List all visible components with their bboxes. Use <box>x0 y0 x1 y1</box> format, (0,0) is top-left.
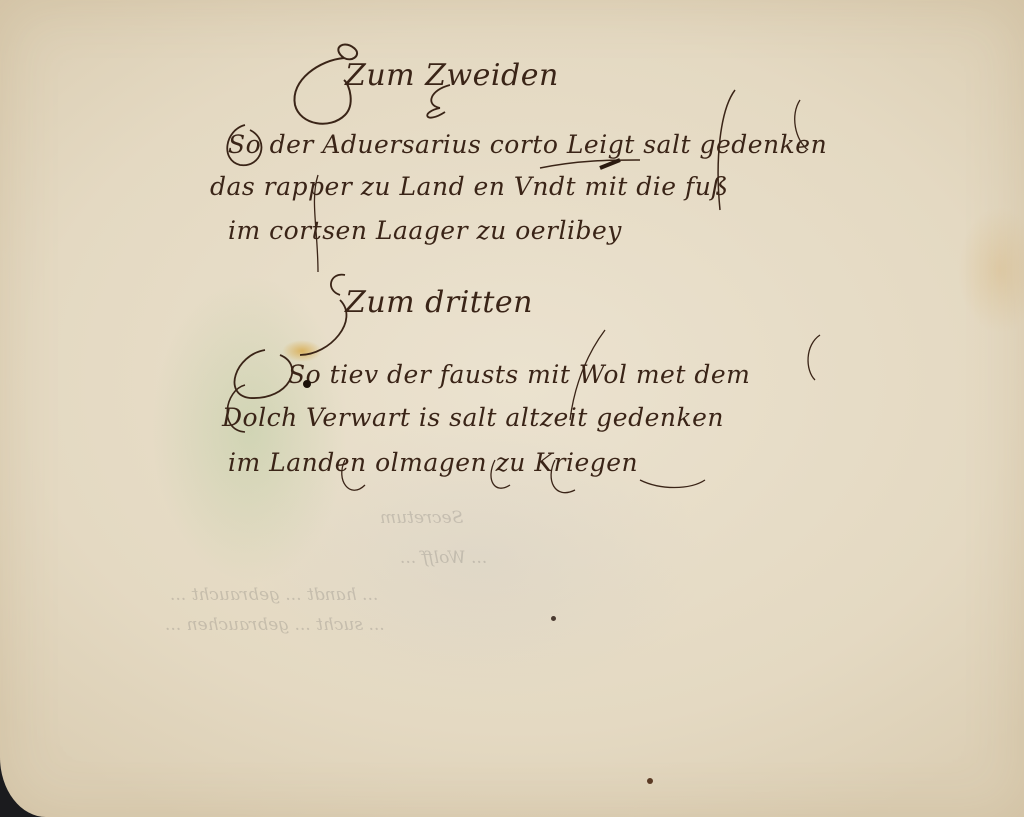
ink-spot <box>551 616 556 621</box>
ink-spot <box>647 778 653 784</box>
show-through-line: ... Wolff ... <box>400 548 487 568</box>
manuscript-page: Secretum ... Wolff ... ... handt ... geb… <box>0 0 1024 817</box>
section-heading: Zum Zweiden <box>345 58 559 93</box>
show-through-line: Secretum <box>380 508 463 528</box>
ochre-stain <box>282 340 322 362</box>
text-line: Dolch Verwart is salt altzeit gedenken <box>222 403 724 432</box>
show-through-line: ... handt ... gebraucht ... <box>170 585 378 605</box>
text-line: im Landen olmagen zu Kriegen <box>228 448 638 477</box>
show-through-line: ... sucht ... gebrauchen ... <box>165 615 385 635</box>
section-heading: Zum dritten <box>345 285 533 320</box>
text-line: So der Aduersarius corto Leigt salt gede… <box>228 130 827 159</box>
text-line: im cortsen Laager zu oerlibey <box>228 216 622 245</box>
text-line: So tiev der fausts mit Wol met dem <box>288 360 750 389</box>
text-line: das rapper zu Land en Vndt mit die fuß <box>210 172 729 201</box>
